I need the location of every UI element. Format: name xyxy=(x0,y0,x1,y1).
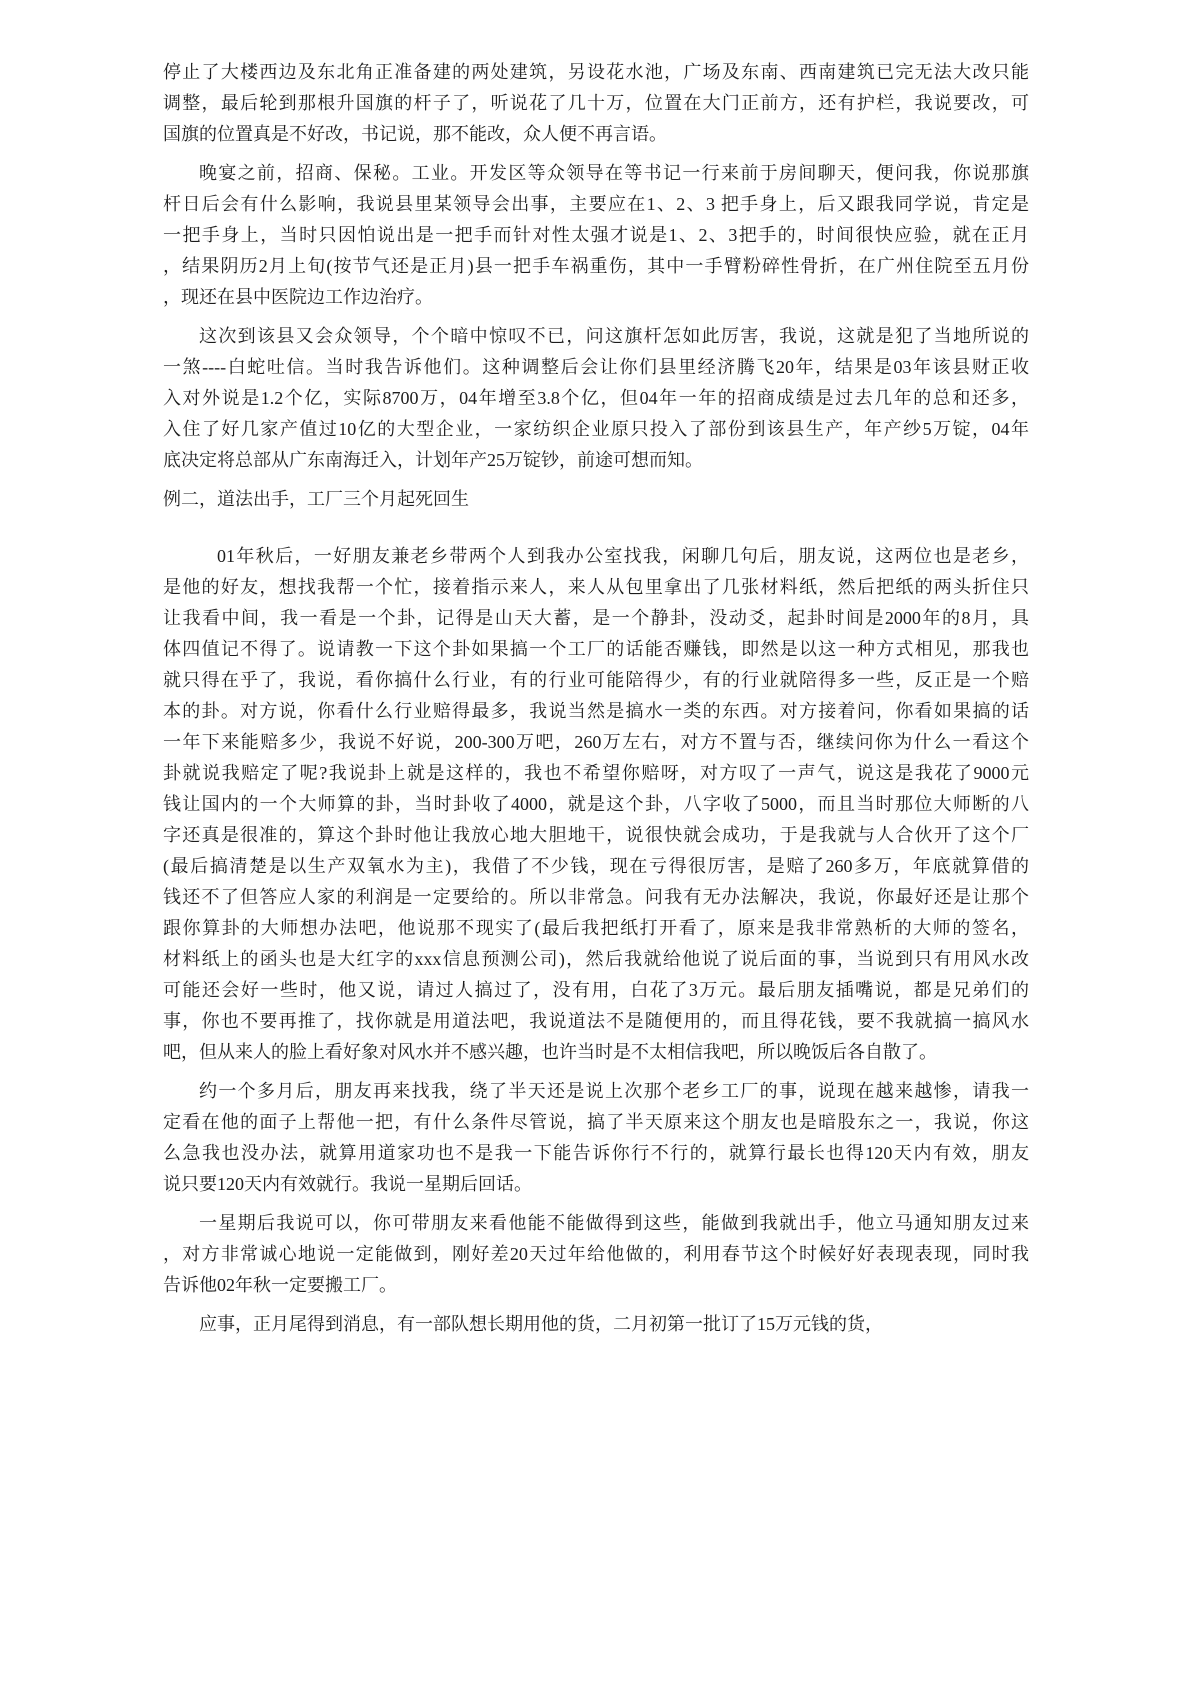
text-line: 让我看中间，我一看是一个卦，记得是山天大蓄，是一个静卦，没动爻，起卦时间是200… xyxy=(163,603,1029,634)
text-line: ，现还在县中医院边工作边治疗。 xyxy=(163,282,1029,313)
text-line: 入对外说是1.2个亿，实际8700万，04年增至3.8个亿，但04年一年的招商成… xyxy=(163,383,1029,414)
text-line: 约一个多月后，朋友再来找我，绕了半天还是说上次那个老乡工厂的事，说现在越来越惨，… xyxy=(163,1076,1029,1107)
text-line: 一年下来能赔多少，我说不好说，200-300万吧，260万左右，对方不置与否，继… xyxy=(163,727,1029,758)
paragraph: 晚宴之前，招商、保秘。工业。开发区等众领导在等书记一行来前于房间聊天，便问我，你… xyxy=(163,158,1029,313)
text-line: 国旗的位置真是不好改，书记说，那不能改，众人便不再言语。 xyxy=(163,119,1029,150)
section-heading: 例二，道法出手，工厂三个月起死回生 xyxy=(163,484,1029,515)
text-line: 是他的好友，想找我帮一个忙，接着指示来人，来人从包里拿出了几张材料纸，然后把纸的… xyxy=(163,572,1029,603)
text-line: 晚宴之前，招商、保秘。工业。开发区等众领导在等书记一行来前于房间聊天，便问我，你… xyxy=(163,158,1029,189)
paragraph: 01年秋后，一好朋友兼老乡带两个人到我办公室找我，闲聊几句后，朋友说，这两位也是… xyxy=(163,541,1029,1068)
text-line: 例二，道法出手，工厂三个月起死回生 xyxy=(163,484,1029,515)
text-line: 可能还会好一些时，他又说，请过人搞过了，没有用，白花了3万元。最后朋友插嘴说，都… xyxy=(163,975,1029,1006)
text-line: 一煞----白蛇吐信。当时我告诉他们。这种调整后会让你们县里经济腾飞20年，结果… xyxy=(163,352,1029,383)
text-line: 么急我也没办法，就算用道家功也不是我一下能告诉你行不行的，就算行最长也得120天… xyxy=(163,1138,1029,1169)
paragraph: 约一个多月后，朋友再来找我，绕了半天还是说上次那个老乡工厂的事，说现在越来越惨，… xyxy=(163,1076,1029,1200)
text-line: 吧，但从来人的脸上看好象对风水并不感兴趣，也许当时是不太相信我吧，所以晚饭后各自… xyxy=(163,1037,1029,1068)
text-line: 底决定将总部从广东南海迁入，计划年产25万锭钞，前途可想而知。 xyxy=(163,445,1029,476)
text-line: ，结果阴历2月上旬(按节气还是正月)县一把手车祸重伤，其中一手臂粉碎性骨折，在广… xyxy=(163,251,1029,282)
text-line: 钱让国内的一个大师算的卦，当时卦收了4000，就是这个卦，八字收了5000，而且… xyxy=(163,789,1029,820)
paragraph: 一星期后我说可以，你可带朋友来看他能不能做得到这些，能做到我就出手，他立马通知朋… xyxy=(163,1208,1029,1301)
text-line: 本的卦。对方说，你看什么行业赔得最多，我说当然是搞水一类的东西。对方接着问，你看… xyxy=(163,696,1029,727)
text-line: 这次到该县又会众领导，个个暗中惊叹不已，问这旗杆怎如此厉害，我说，这就是犯了当地… xyxy=(163,321,1029,352)
text-line: 跟你算卦的大师想办法吧，他说那不现实了(最后我把纸打开看了，原来是我非常熟析的大… xyxy=(163,913,1029,944)
text-line: 体四值记不得了。说请教一下这个卦如果搞一个工厂的话能否赚钱，即然是以这一种方式相… xyxy=(163,634,1029,665)
document-text-block: 停止了大楼西边及东北角正准备建的两处建筑，另设花水池，广场及东南、西南建筑已完无… xyxy=(163,57,1029,1348)
text-line: 入住了好几家产值过10亿的大型企业，一家纺织企业原只投入了部份到该县生产，年产纱… xyxy=(163,414,1029,445)
text-line: 01年秋后，一好朋友兼老乡带两个人到我办公室找我，闲聊几句后，朋友说，这两位也是… xyxy=(163,541,1029,572)
text-line: 杆日后会有什么影响，我说县里某领导会出事，主要应在1、2、3 把手身上，后又跟我… xyxy=(163,189,1029,220)
paragraph: 这次到该县又会众领导，个个暗中惊叹不已，问这旗杆怎如此厉害，我说，这就是犯了当地… xyxy=(163,321,1029,476)
text-line: 就只得在乎了，我说，看你搞什么行业，有的行业可能陪得少，有的行业就陪得多一些，反… xyxy=(163,665,1029,696)
text-line: 告诉他02年秋一定要搬工厂。 xyxy=(163,1270,1029,1301)
text-line: 停止了大楼西边及东北角正准备建的两处建筑，另设花水池，广场及东南、西南建筑已完无… xyxy=(163,57,1029,88)
text-line: (最后搞清楚是以生产双氧水为主)，我借了不少钱，现在亏得很厉害，是赔了260多万… xyxy=(163,851,1029,882)
text-line: 钱还不了但答应人家的利润是一定要给的。所以非常急。问我有无办法解决，我说，你最好… xyxy=(163,882,1029,913)
text-line: 一把手身上，当时只因怕说出是一把手而针对性太强才说是1、2、3把手的，时间很快应… xyxy=(163,220,1029,251)
text-line: ，对方非常诚心地说一定能做到，刚好差20天过年给他做的，利用春节这个时候好好表现… xyxy=(163,1239,1029,1270)
text-line: 定看在他的面子上帮他一把，有什么条件尽管说，搞了半天原来这个朋友也是暗股东之一，… xyxy=(163,1107,1029,1138)
paragraph: 应事，正月尾得到消息，有一部队想长期用他的货，二月初第一批订了15万元钱的货， xyxy=(163,1309,1029,1340)
text-line: 事，你也不要再推了，找你就是用道法吧，我说道法不是随便用的，而且得花钱，要不我就… xyxy=(163,1006,1029,1037)
text-line: 调整，最后轮到那根升国旗的杆子了，听说花了几十万，位置在大门正前方，还有护栏，我… xyxy=(163,88,1029,119)
paragraph: 停止了大楼西边及东北角正准备建的两处建筑，另设花水池，广场及东南、西南建筑已完无… xyxy=(163,57,1029,150)
text-line: 应事，正月尾得到消息，有一部队想长期用他的货，二月初第一批订了15万元钱的货， xyxy=(163,1309,1029,1340)
text-line: 字还真是很准的，算这个卦时他让我放心地大胆地干，说很快就会成功，于是我就与人合伙… xyxy=(163,820,1029,851)
text-line: 说只要120天内有效就行。我说一星期后回话。 xyxy=(163,1169,1029,1200)
text-line: 材料纸上的函头也是大红字的xxx信息预测公司)，然后我就给他说了说后面的事，当说… xyxy=(163,944,1029,975)
text-line: 卦就说我赔定了呢?我说卦上就是这样的，我也不希望你赔呀，对方叹了一声气，说这是我… xyxy=(163,758,1029,789)
document-page: 停止了大楼西边及东北角正准备建的两处建筑，另设花水池，广场及东南、西南建筑已完无… xyxy=(0,0,1189,1684)
text-line: 一星期后我说可以，你可带朋友来看他能不能做得到这些，能做到我就出手，他立马通知朋… xyxy=(163,1208,1029,1239)
